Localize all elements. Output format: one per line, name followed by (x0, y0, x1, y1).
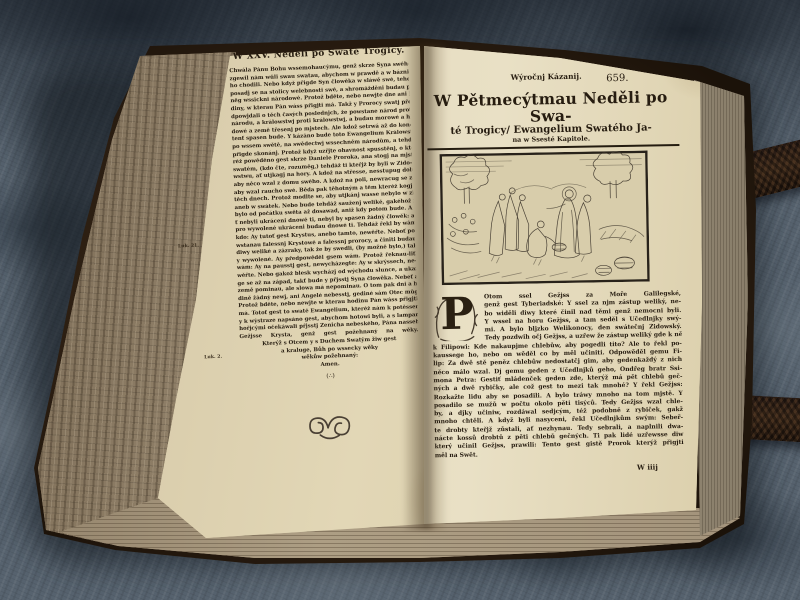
margin-note: Luk. 2. (204, 355, 222, 361)
printer-swirl-ornament-icon (306, 408, 352, 452)
page-number: 659. (606, 73, 628, 84)
heading-line-1: W Pětmecýtmau Neděli po Swa- (424, 88, 677, 126)
drop-cap-initial: P (432, 294, 481, 339)
feeding-of-the-five-thousand-woodcut (440, 151, 650, 286)
photo-scene: W XXV. Neděli po Swaté Trogicy. Luk. 21.… (0, 0, 800, 600)
sermon-heading: W Pětmecýtmau Neděli po Swa- té Trogicy/… (424, 88, 677, 145)
left-running-header: W XXV. Neděli po Swaté Trogicy. (219, 45, 419, 63)
right-page-content: Wýročnj Kázanij. 659. W Pětmecýtmau Nedě… (420, 58, 710, 533)
right-header-row: Wýročnj Kázanij. 659. (420, 70, 680, 87)
left-page-content: W XXV. Neděli po Swaté Trogicy. Luk. 21.… (140, 39, 444, 555)
right-page-text-block: P Otom ssel Gežjss za Moře Galilegské,ge… (432, 290, 684, 460)
left-page-taper-block: Kterýž s Otcem y s Duchem Swatým žiw ges… (240, 335, 420, 372)
quire-signature-mark: W iiij (637, 462, 658, 471)
margin-note: Luk. 21. (178, 244, 199, 250)
left-page-text-block: Chwála Pánu Bohu wssemohaucýmu, genž skr… (229, 61, 418, 341)
